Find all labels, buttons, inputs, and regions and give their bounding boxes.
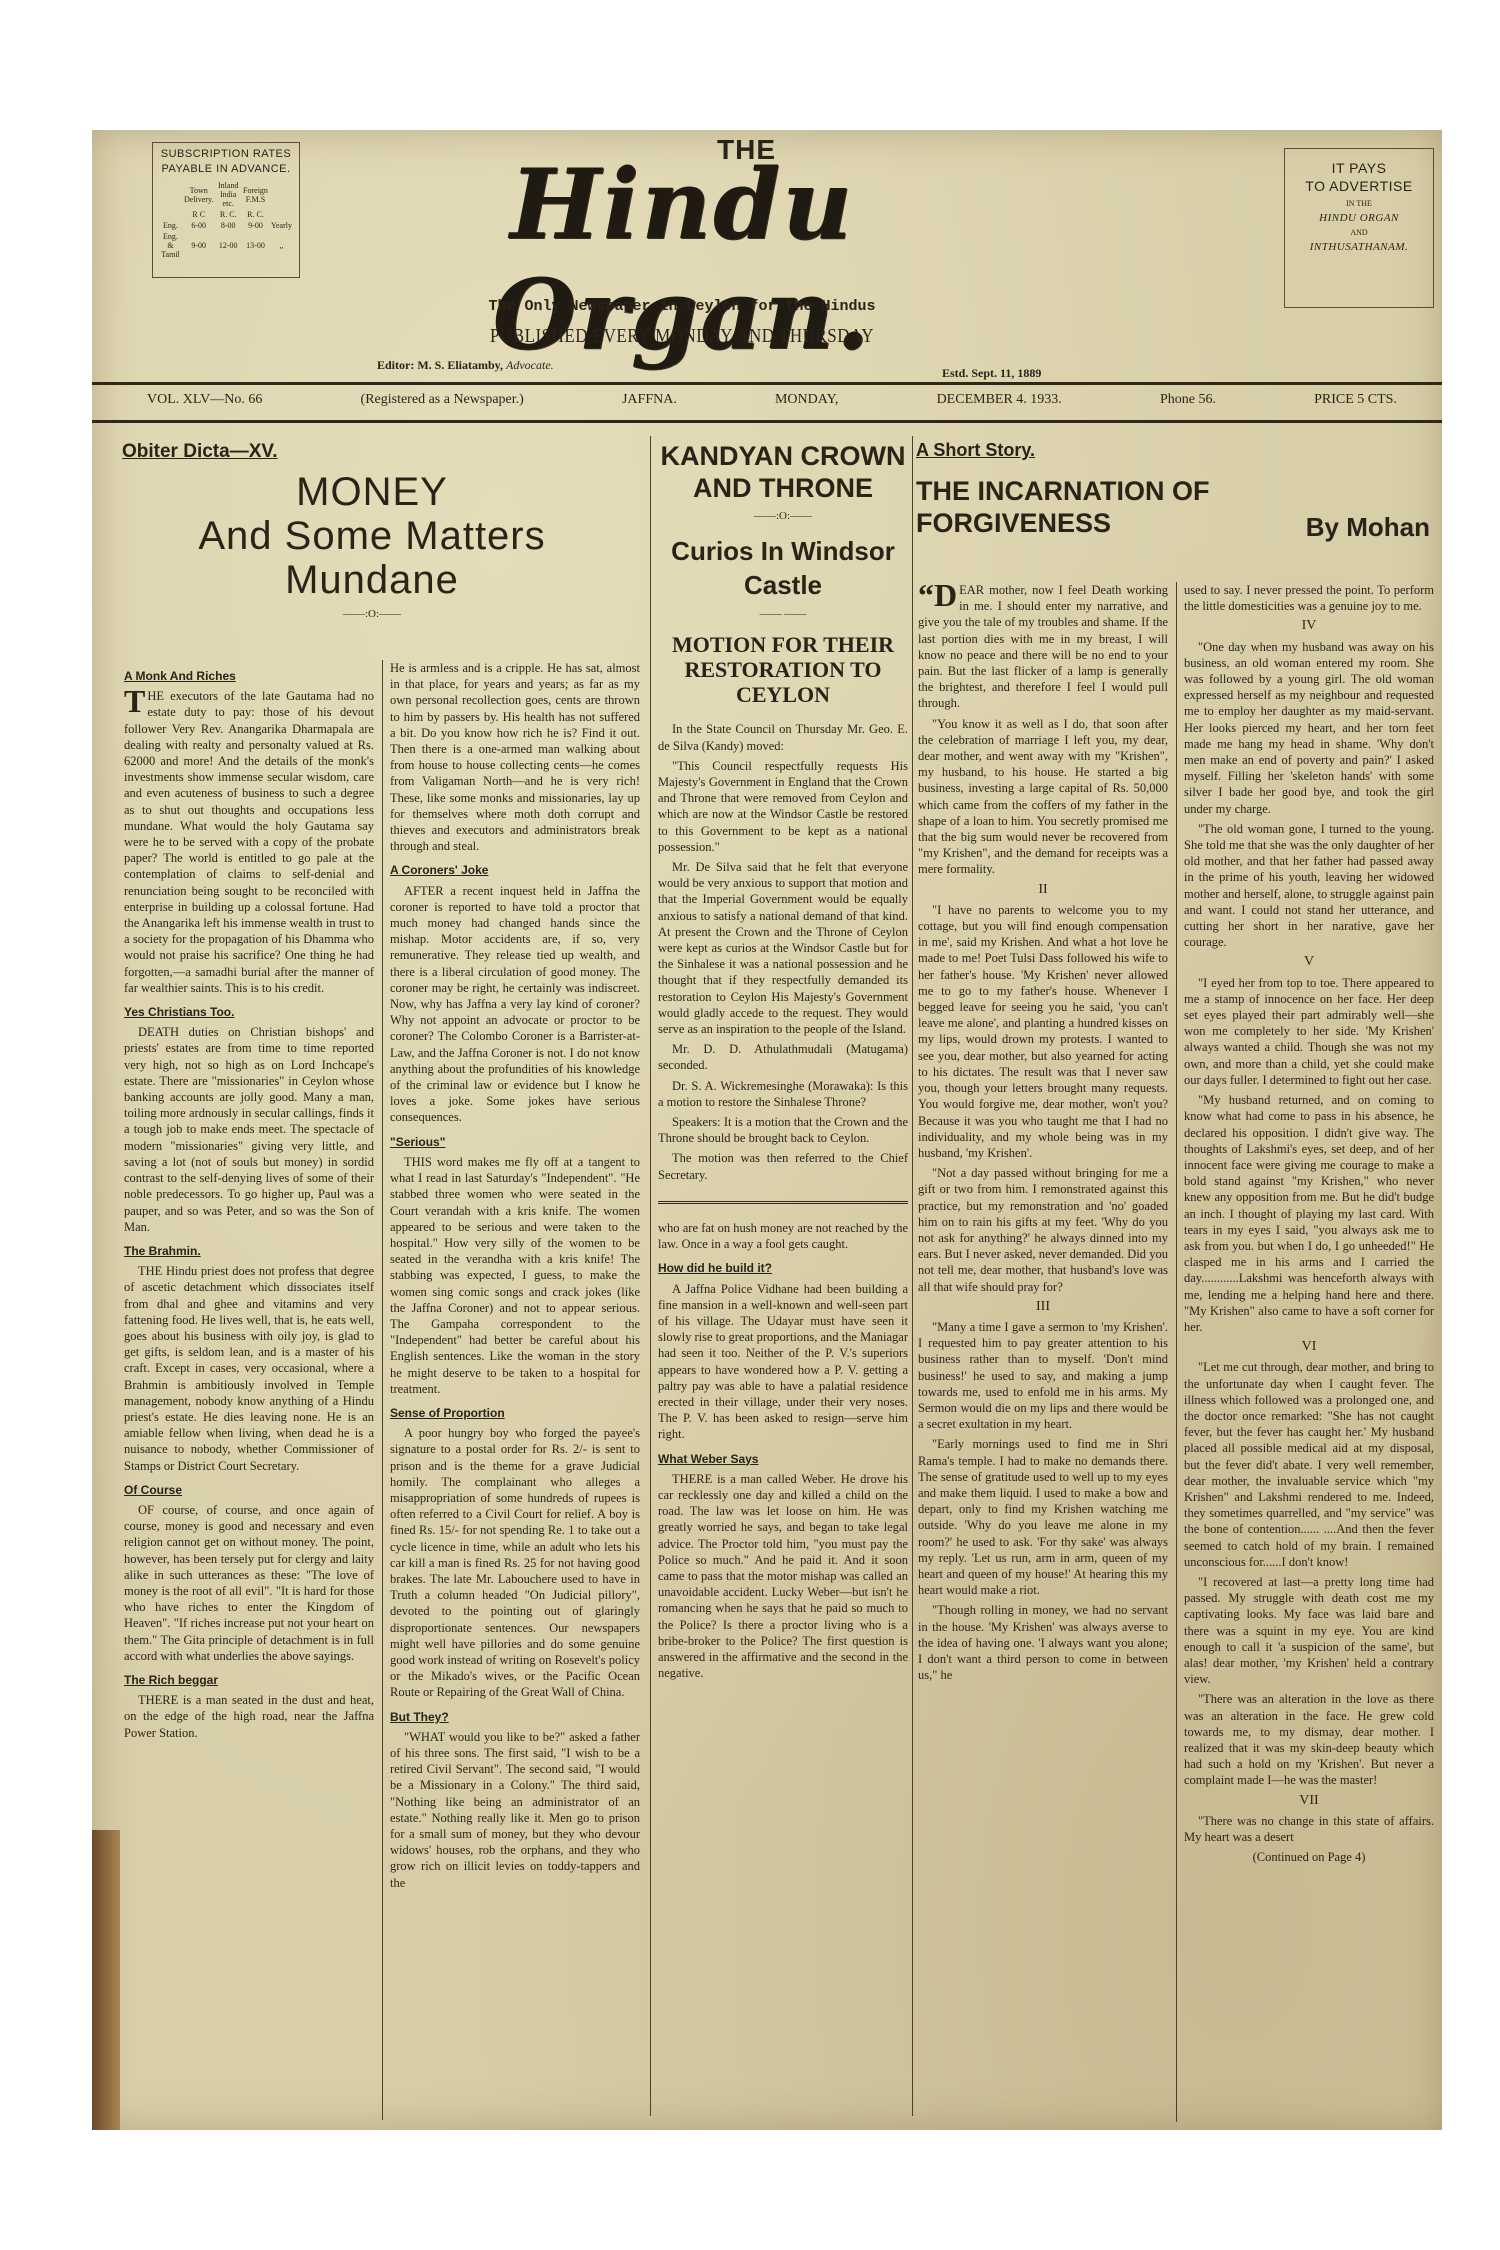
section-title: But They? — [390, 1709, 640, 1725]
column-divider — [1176, 582, 1177, 2122]
header-foreign: Foreign F.M.S — [241, 180, 270, 209]
section-title: What Weber Says — [658, 1451, 908, 1467]
kandyan-headline: KANDYAN CROWN AND THRONE — [658, 440, 908, 504]
section-numeral: V — [1184, 954, 1434, 970]
continued-note: (Continued on Page 4) — [1184, 1849, 1434, 1865]
column-3-kandyan: KANDYAN CROWN AND THRONE ——:O:—— Curios … — [658, 440, 908, 1685]
masthead-tagline: The Only Newspaper in Ceylon for the Hin… — [372, 298, 992, 315]
obiter-headline: MONEY And Some Matters Mundane — [122, 470, 622, 602]
column-divider — [912, 436, 913, 2116]
column-divider — [382, 660, 383, 2120]
newspaper-page: SUBSCRIPTION RATES PAYABLE IN ADVANCE. T… — [92, 130, 1442, 2130]
unit: R. C. — [215, 209, 241, 220]
story-byline: By Mohan — [1306, 512, 1430, 543]
header-town: Town Delivery. — [182, 180, 215, 209]
section-title: Sense of Proportion — [390, 1405, 640, 1421]
obiter-kicker: Obiter Dicta—XV. — [122, 444, 622, 460]
section-title: The Rich beggar — [124, 1672, 374, 1688]
ornament-divider: ——:O:—— — [658, 508, 908, 524]
dropcap: “D — [918, 582, 957, 608]
dateline: VOL. XLV—No. 66 (Registered as a Newspap… — [147, 392, 1397, 408]
unit: R. C. — [241, 209, 270, 220]
section-numeral: III — [918, 1299, 1168, 1315]
section-title: Yes Christians Too. — [124, 1004, 374, 1020]
header-inland: Inland India etc. — [215, 180, 241, 209]
rate-row: Eng. 6-00 8-00 9-00 Yearly — [159, 220, 293, 231]
section-title: The Brahmin. — [124, 1243, 374, 1259]
dateline-rule — [92, 420, 1442, 423]
subscription-heading: SUBSCRIPTION RATES — [159, 147, 293, 162]
article-section: Yes Christians Too. DEATH duties on Chri… — [124, 1004, 374, 1235]
editor-line: Editor: M. S. Eliatamby, Advocate. — [377, 358, 554, 373]
binding-edge — [92, 1830, 120, 2130]
section-title: A Monk And Riches — [124, 668, 374, 684]
short-story-header: A Short Story. THE INCARNATION OF FORGIV… — [916, 440, 1436, 539]
masthead-rule — [92, 382, 1442, 385]
article-section: A Coroners' Joke AFTER a recent inquest … — [390, 862, 640, 1125]
article-section: The Rich beggar THERE is a man seated in… — [124, 1672, 374, 1741]
subscription-subheading: PAYABLE IN ADVANCE. — [159, 162, 293, 177]
section-numeral: VII — [1184, 1793, 1434, 1809]
story-kicker: A Short Story. — [916, 440, 1436, 461]
kandyan-subheadline: Curios In Windsor Castle — [658, 534, 908, 602]
section-numeral: IV — [1184, 618, 1434, 634]
column-1: A Monk And Riches THE executors of the l… — [124, 660, 374, 1745]
publication-schedule: PUBLISHED EVERY MONDAY AND THURSDAY — [392, 324, 972, 348]
issue-date: DECEMBER 4. 1933. — [937, 392, 1062, 408]
section-title: "Serious" — [390, 1134, 640, 1150]
article-section: The Brahmin. THE Hindu priest does not p… — [124, 1243, 374, 1474]
story-column-2: used to say. I never pressed the point. … — [1184, 582, 1434, 1865]
subscription-rates-box: SUBSCRIPTION RATES PAYABLE IN ADVANCE. T… — [152, 142, 300, 278]
article-section: How did he build it? A Jaffna Police Vid… — [658, 1260, 908, 1442]
story-title: THE INCARNATION OF FORGIVENESS — [916, 475, 1236, 539]
section-numeral: VI — [1184, 1339, 1434, 1355]
volume-number: VOL. XLV—No. 66 — [147, 392, 262, 408]
column-divider — [650, 436, 651, 2116]
section-title: A Coroners' Joke — [390, 862, 640, 878]
story-column-1: “DEAR mother, now I feel Death working i… — [918, 582, 1168, 1687]
article-section: Of Course OF course, of course, and once… — [124, 1482, 374, 1664]
section-numeral: II — [918, 882, 1168, 898]
article-section: Sense of Proportion A poor hungry boy wh… — [390, 1405, 640, 1701]
section-title: Of Course — [124, 1482, 374, 1498]
kandyan-deck: MOTION FOR THEIR RESTORATION TO CEYLON — [658, 632, 908, 707]
article-section: But They? "WHAT would you like to be?" a… — [390, 1709, 640, 1891]
ornament-divider: ——:O:—— — [122, 606, 622, 622]
column-2: He is armless and is a cripple. He has s… — [390, 660, 640, 1895]
phone-number: Phone 56. — [1160, 392, 1216, 408]
weekday: MONDAY, — [775, 392, 838, 408]
double-rule — [658, 1201, 908, 1204]
advertise-box: IT PAYS TO ADVERTISE IN THE HINDU ORGAN … — [1284, 148, 1434, 308]
ornament-divider: —— —— — [658, 606, 908, 622]
unit: R C — [182, 209, 215, 220]
subscription-table: Town Delivery. Inland India etc. Foreign… — [159, 180, 293, 260]
article-section: What Weber Says THERE is a man called We… — [658, 1451, 908, 1682]
obiter-dicta-header: Obiter Dicta—XV. MONEY And Some Matters … — [122, 440, 622, 632]
section-title: How did he build it? — [658, 1260, 908, 1276]
established-date: Estd. Sept. 11, 1889 — [942, 366, 1041, 381]
dropcap: T — [124, 688, 145, 714]
rate-row: Eng. & Tamil 9-00 12-00 13-00 ,, — [159, 231, 293, 260]
price: PRICE 5 CTS. — [1314, 392, 1397, 408]
article-section: "Serious" THIS word makes me fly off at … — [390, 1134, 640, 1397]
place: JAFFNA. — [622, 392, 677, 408]
registration-note: (Registered as a Newspaper.) — [361, 392, 524, 408]
article-section: A Monk And Riches THE executors of the l… — [124, 668, 374, 996]
